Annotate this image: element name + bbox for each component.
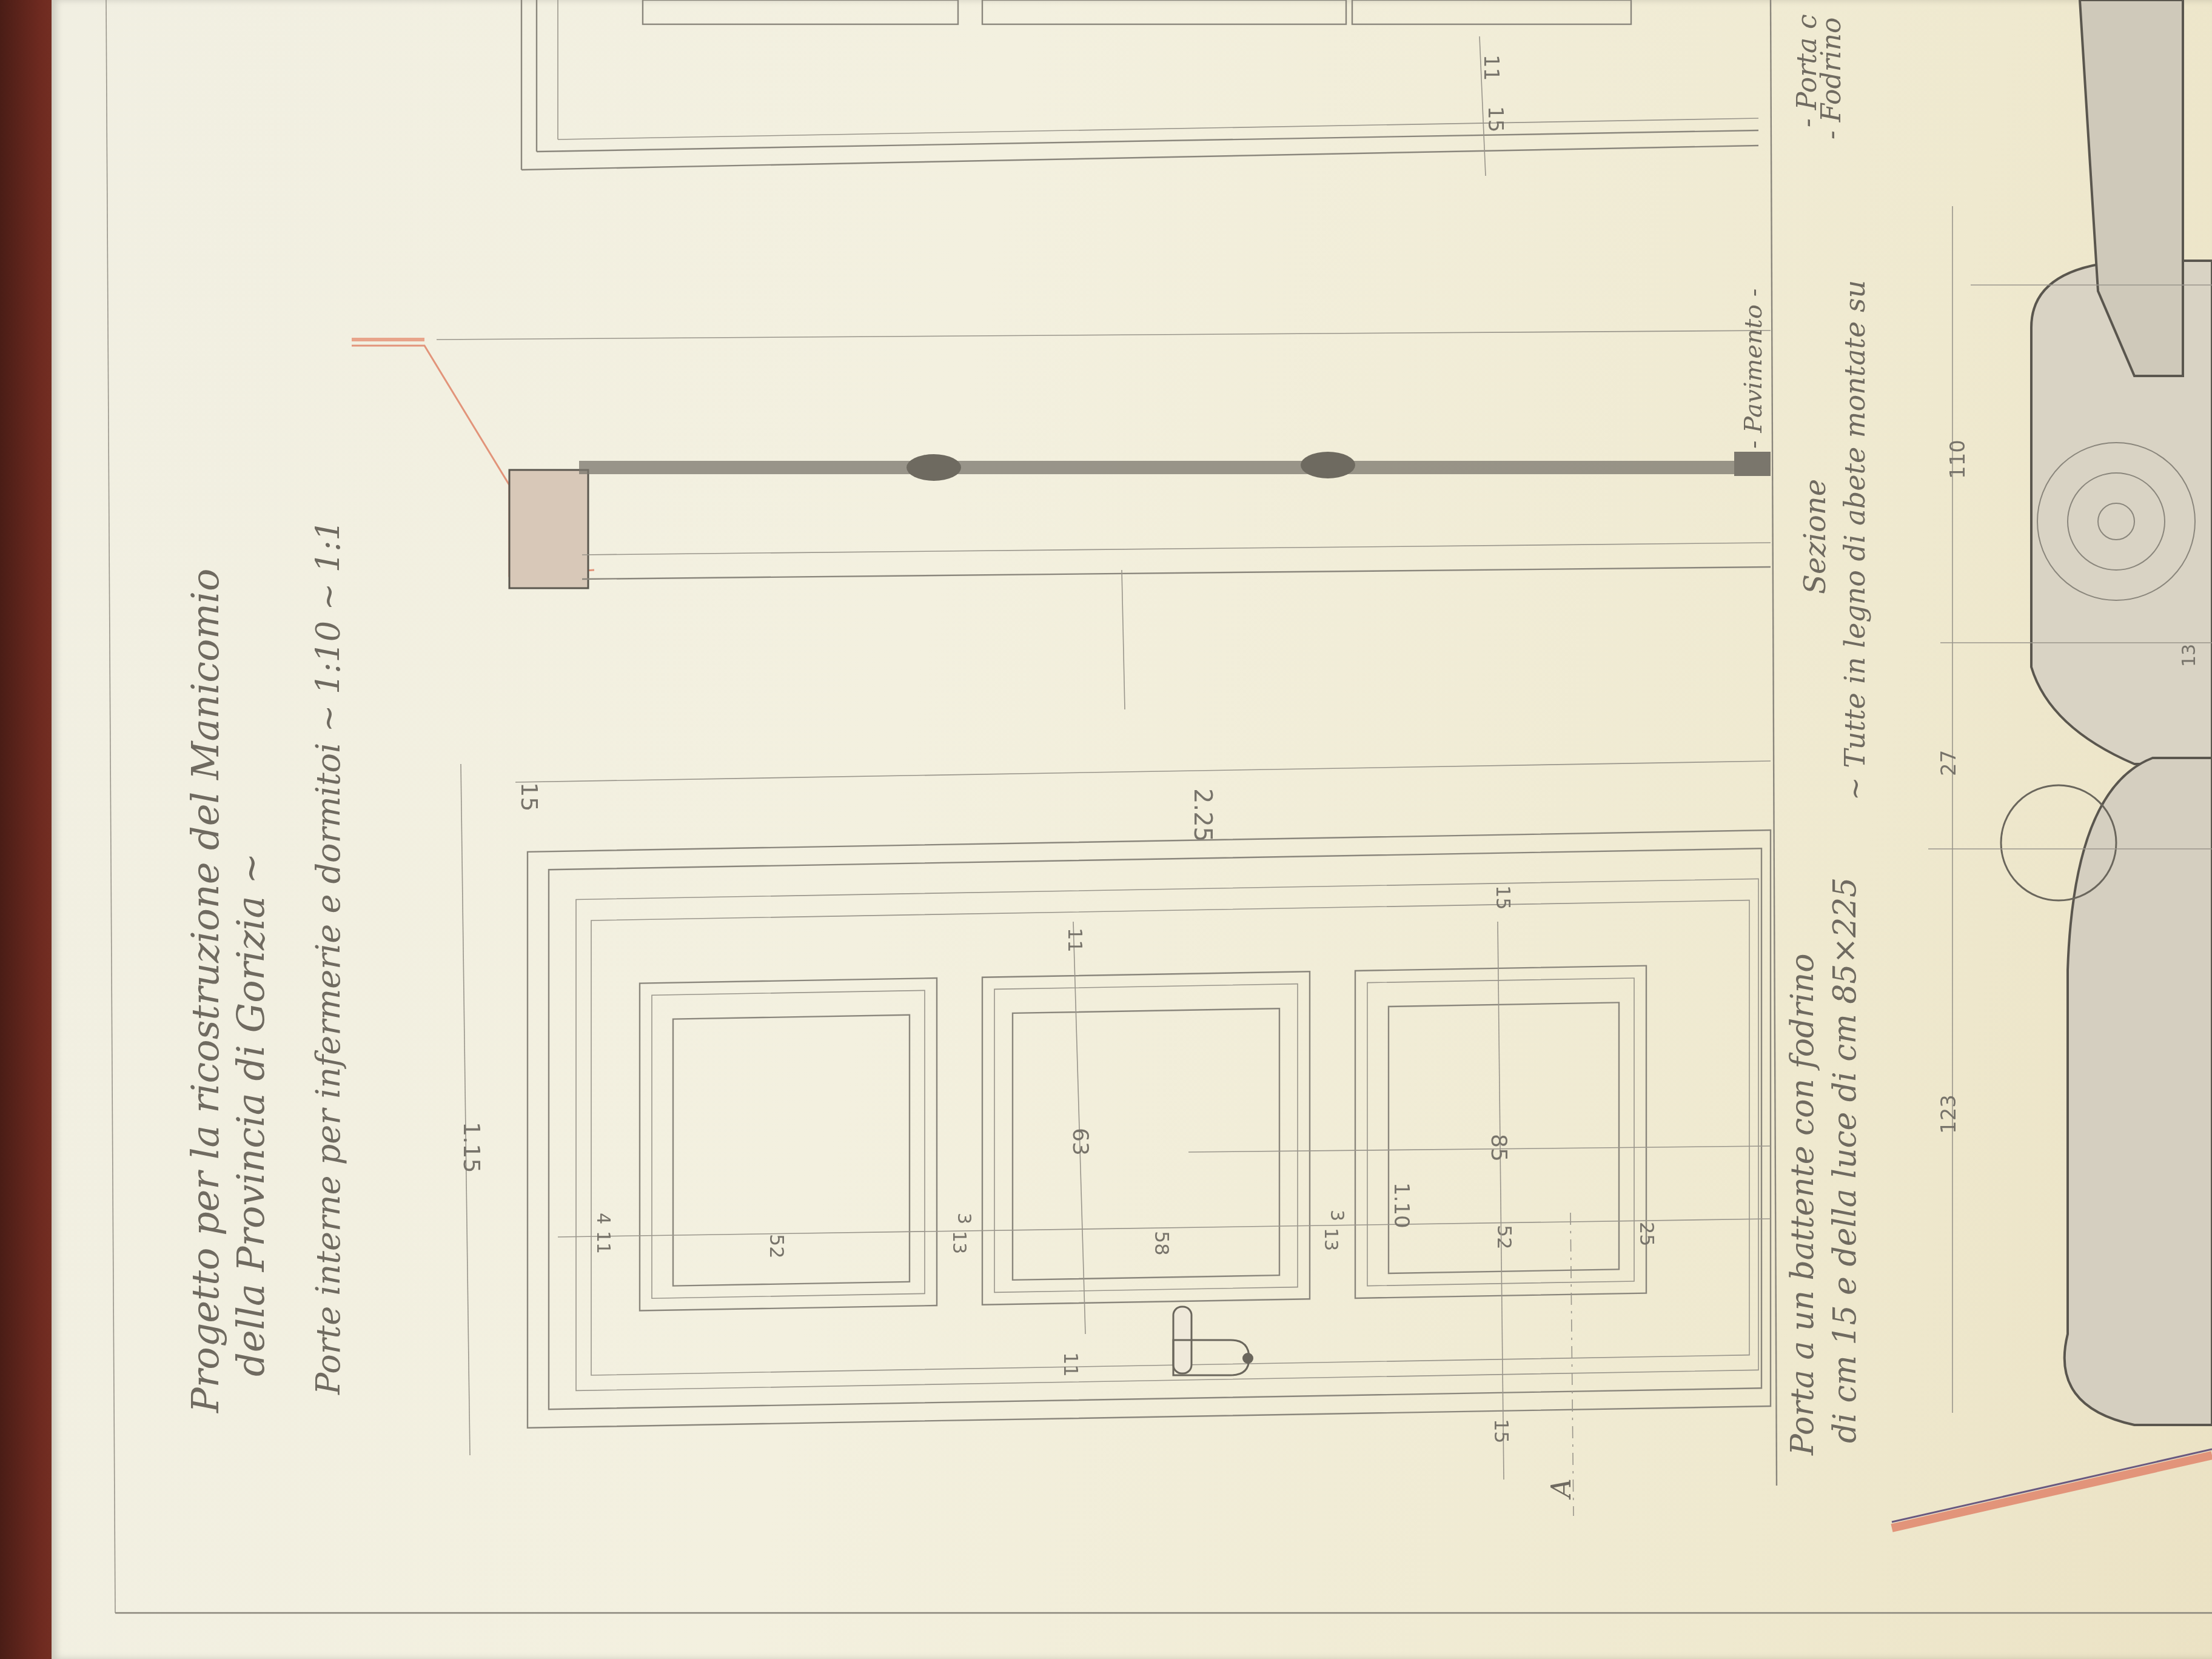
section-note: ~ Tutte in legno di abete montate su xyxy=(1838,280,1871,800)
svg-text:13: 13 xyxy=(948,1231,970,1254)
svg-text:85: 85 xyxy=(1486,1134,1511,1162)
title-block: Progetto per la ricostruzione del Manico… xyxy=(183,520,347,1413)
drawing-canvas: Progetto per la ricostruzione del Manico… xyxy=(0,0,2212,1659)
sheet-border-left xyxy=(106,0,115,1613)
svg-text:3: 3 xyxy=(953,1213,974,1224)
title-line-3: Porte interne per infermerie e dormitoi … xyxy=(309,520,347,1395)
title-line-1: Progetto per la ricostruzione del Manico… xyxy=(183,569,227,1413)
floor-label: - Pavimento - xyxy=(1740,289,1768,449)
svg-text:1.10: 1.10 xyxy=(1389,1182,1413,1228)
svg-text:15: 15 xyxy=(516,782,543,811)
svg-text:13: 13 xyxy=(1320,1228,1341,1251)
svg-text:15: 15 xyxy=(1492,885,1515,910)
door-handle-icon xyxy=(1173,1307,1253,1375)
detail-label-fodrino: - Fodrino xyxy=(1816,17,1847,139)
svg-text:52: 52 xyxy=(1493,1225,1516,1250)
svg-text:110: 110 xyxy=(1946,440,1970,479)
svg-text:1.15: 1.15 xyxy=(458,1122,485,1173)
svg-text:4: 4 xyxy=(592,1213,614,1224)
svg-text:11: 11 xyxy=(1479,55,1503,81)
svg-text:58: 58 xyxy=(1150,1231,1173,1256)
svg-text:63: 63 xyxy=(1068,1128,1093,1156)
svg-text:52: 52 xyxy=(765,1234,788,1259)
door-section: - Pavimento - Sezione ~ Tutte in legno d… xyxy=(352,0,1871,1486)
svg-text:25: 25 xyxy=(1635,1222,1658,1247)
svg-text:3: 3 xyxy=(1326,1210,1347,1221)
svg-text:11: 11 xyxy=(1064,928,1087,953)
elevation-caption-2: di cm 15 e della luce di cm 85×225 xyxy=(1827,877,1863,1443)
svg-text:15: 15 xyxy=(1483,106,1507,132)
door-leaf-section xyxy=(579,461,1768,474)
section-label: Sezione xyxy=(1798,479,1832,594)
section-marker: A xyxy=(1546,1478,1577,1500)
svg-text:2.25: 2.25 xyxy=(1188,788,1216,842)
floor-line xyxy=(1771,0,1777,1486)
door-elevation: 1.15 15 2.25 11 4 52 13 3 58 xyxy=(458,761,1863,1516)
partial-door-top: 11 15 xyxy=(521,0,1758,176)
title-line-2: della Provincia di Gorizia ~ xyxy=(229,853,273,1376)
elevation-caption-1: Porta a un battente con fodrino xyxy=(1785,953,1821,1456)
svg-text:27: 27 xyxy=(1937,750,1961,776)
svg-text:11: 11 xyxy=(1059,1352,1082,1377)
svg-text:13: 13 xyxy=(2179,644,2200,667)
svg-text:123: 123 xyxy=(1937,1094,1961,1134)
svg-text:11: 11 xyxy=(592,1231,614,1254)
svg-text:15: 15 xyxy=(1490,1419,1513,1444)
